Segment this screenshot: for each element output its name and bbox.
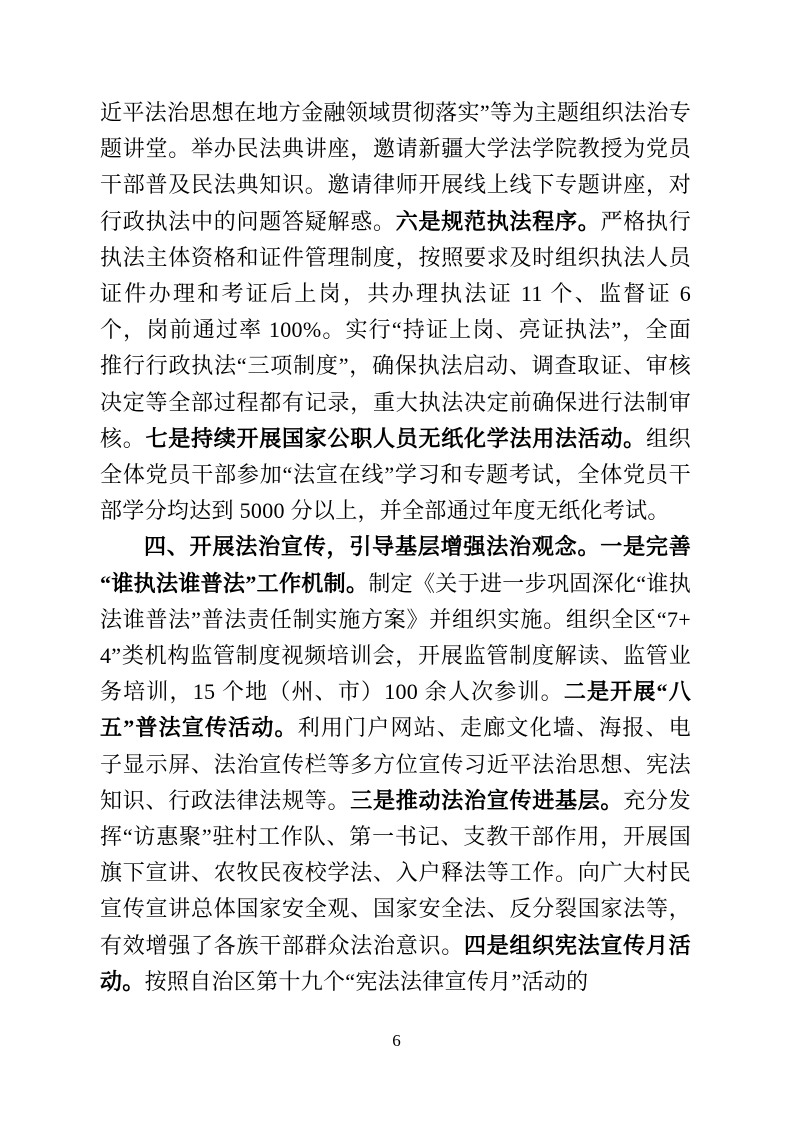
- paragraph: 近平法治思想在地方金融领域贯彻落实”等为主题组织法治专题讲堂。举办民法典讲座，邀…: [100, 95, 691, 529]
- page-number: 6: [0, 1030, 793, 1052]
- text-run: 按照自治区第十九个“宪法法律宣传月”活动的: [145, 969, 589, 994]
- text-run: 三是推动法治宣传进基层。: [350, 788, 623, 813]
- text-run: 六是规范执法程序。: [396, 209, 601, 234]
- text-run: 七是持续开展国家公职人员无纸化学法用法活动。: [146, 426, 646, 451]
- paragraph: 四、开展法治宣传，引导基层增强法治观念。一是完善“谁执法谁普法”工作机制。制定《…: [100, 529, 691, 1000]
- document-page: 近平法治思想在地方金融领域贯彻落实”等为主题组织法治专题讲堂。举办民法典讲座，邀…: [0, 0, 793, 1122]
- document-body: 近平法治思想在地方金融领域贯彻落实”等为主题组织法治专题讲堂。举办民法典讲座，邀…: [100, 95, 691, 1000]
- text-run: 严格执行执法主体资格和证件管理制度，按照要求及时组织执法人员证件办理和考证后上岗…: [100, 209, 691, 451]
